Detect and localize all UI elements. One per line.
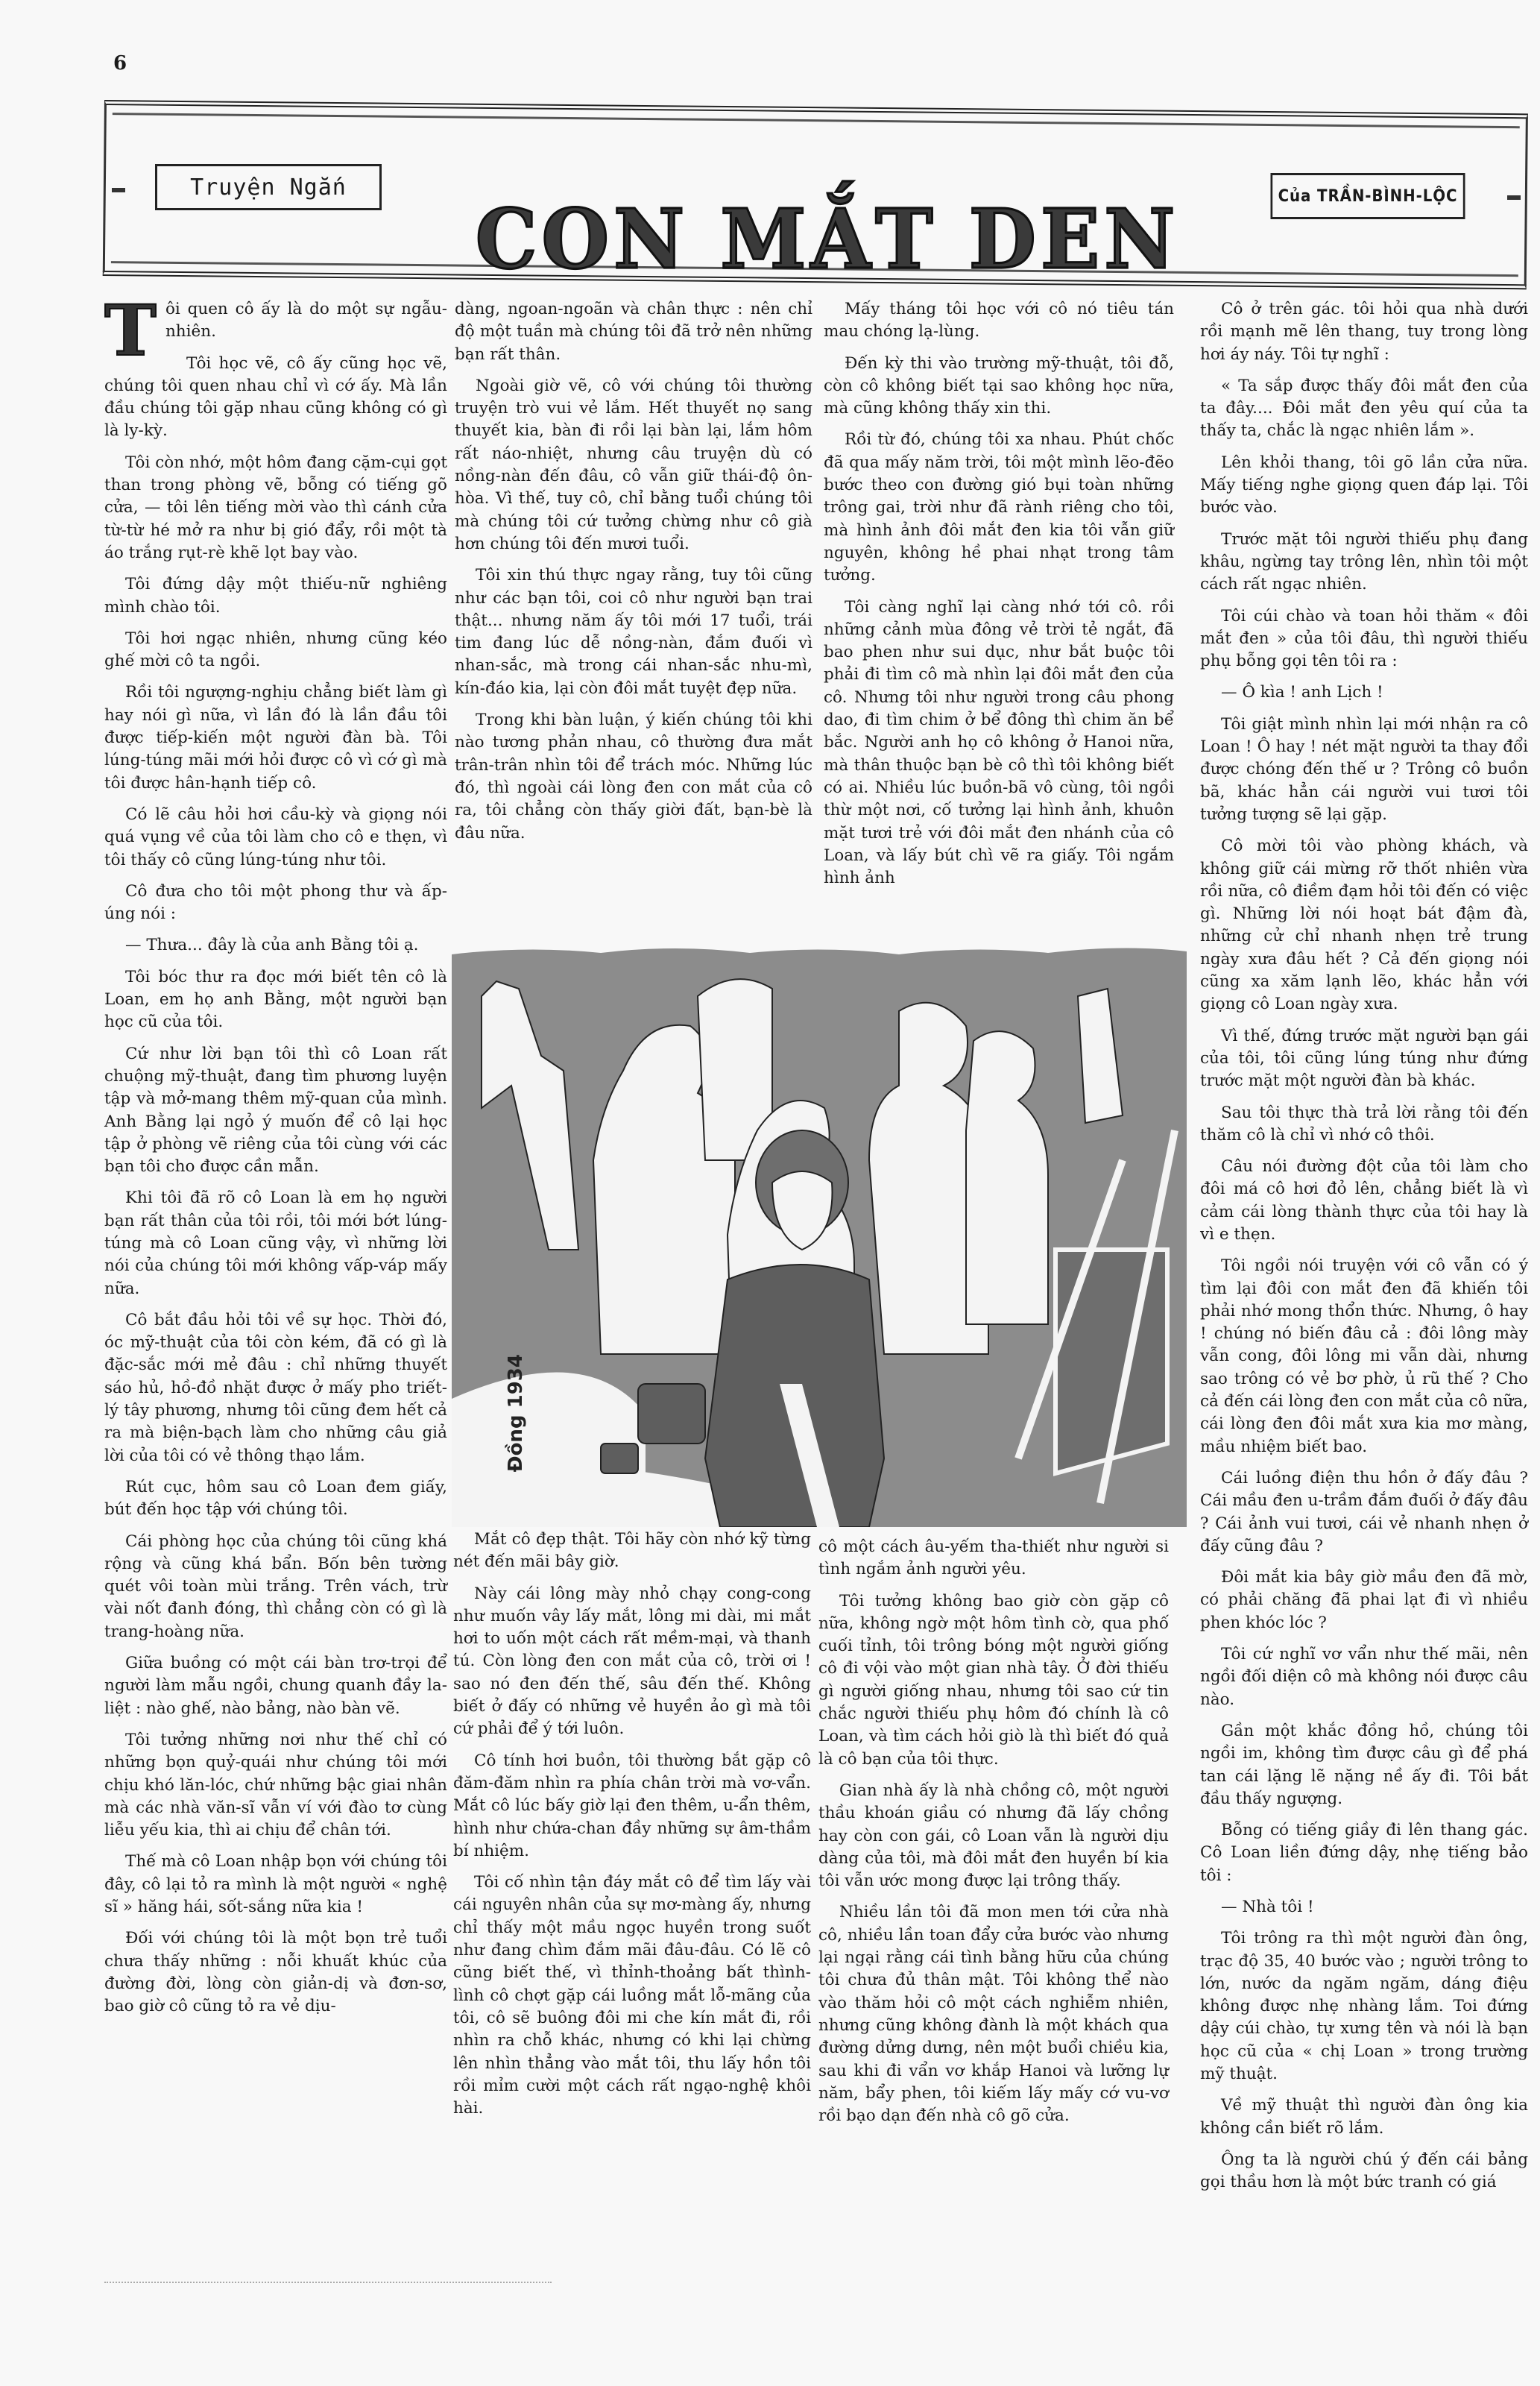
paragraph: Tôi cứ nghĩ vơ vẩn như thế mãi, nên ngồi… (1200, 1643, 1528, 1711)
paragraph: Mắt cô đẹp thật. Tôi hãy còn nhớ kỹ từng… (453, 1529, 811, 1574)
paragraph: Tôi cúi chào và toan hỏi thăm « đôi mắt … (1200, 605, 1528, 673)
drop-cap: T (104, 301, 157, 361)
dialogue-line: — Thưa... đây là của anh Bằng tôi ạ. (104, 934, 447, 957)
paragraph: Mấy tháng tôi học với cô nó tiêu tán mau… (824, 298, 1174, 344)
paragraph: Về mỹ thuật thì người đàn ông kia không … (1200, 2094, 1528, 2140)
paragraph: Rồi tôi ngượng-nghịu chẳng biết làm gì h… (104, 682, 447, 794)
paragraph: Có lẽ câu hỏi hơi cầu-kỳ và giọng nói qu… (104, 804, 447, 872)
paragraph: Tôi ngồi nói truyện với cô vẫn có ý tìm … (1200, 1255, 1528, 1458)
paragraph: Tôi giật mình nhìn lại mới nhận ra cô Lo… (1200, 714, 1528, 826)
paragraph: Tôi quen cô ấy là do một sự ngẫu-nhiên. (104, 298, 447, 344)
paragraph: Trước mặt tôi người thiếu phụ đang khâu,… (1200, 529, 1528, 596)
story-illustration: Đồng 1934 (452, 937, 1187, 1527)
paragraph: Trong khi bàn luận, ý kiến chúng tôi khi… (455, 709, 812, 845)
article-column-3-bottom: cô một cách âu-yếm tha-thiết như người s… (818, 1536, 1169, 2136)
paragraph: Rồi từ đó, chúng tôi xa nhau. Phút chốc … (824, 429, 1174, 587)
paragraph: Tôi đứng dậy một thiếu-nữ nghiêng mình c… (104, 573, 447, 619)
paragraph: Thế mà cô Loan nhập bọn với chúng tôi đâ… (104, 1851, 447, 1918)
banner-left-tick (112, 188, 125, 192)
paragraph: Vì thế, đứng trước mặt người bạn gái của… (1200, 1025, 1528, 1093)
paragraph: Tôi trông ra thì một người đàn ông, trạc… (1200, 1927, 1528, 2086)
paragraph: Cô mời tôi vào phòng khách, và không giữ… (1200, 835, 1528, 1016)
paragraph: Giữa buồng có một cái bàn trơ-trọi để ng… (104, 1652, 447, 1720)
studio-scene-drawing (452, 937, 1187, 1527)
paragraph: Rút cục, hôm sau cô Loan đem giấy, bút đ… (104, 1476, 447, 1522)
paragraph: Khi tôi đã rõ cô Loan là em họ người bạn… (104, 1187, 447, 1300)
article-column-3-top: Mấy tháng tôi học với cô nó tiêu tán mau… (824, 298, 1174, 898)
banner-right-tick (1507, 195, 1521, 200)
section-label: Truyện Ngắn (155, 164, 382, 210)
paragraph: Tôi tưởng không bao giờ còn gặp cô nữa, … (818, 1590, 1169, 1771)
artist-signature: Đồng 1934 (504, 1354, 528, 1472)
story-title: CON MẮT DEN (462, 195, 1193, 282)
article-column-4: Cô ở trên gác. tôi hỏi qua nhà dưới rồi … (1200, 298, 1528, 2203)
dialogue-line: — Nhà tôi ! (1200, 1896, 1528, 1918)
article-column-2-bottom: Mắt cô đẹp thật. Tôi hãy còn nhớ kỹ từng… (453, 1529, 811, 2129)
page-number: 6 (113, 52, 127, 75)
paragraph: Tôi xin thú thực ngay rằng, tuy tôi cũng… (455, 564, 812, 700)
dialogue-line: — Ô kìa ! anh Lịch ! (1200, 682, 1528, 704)
article-column-2-top: dàng, ngoan-ngoãn và chân thực : nên chỉ… (455, 298, 812, 854)
paragraph: Cô tính hơi buồn, tôi thường bắt gặp cô … (453, 1750, 811, 1863)
quoted-thought: « Ta sắp được thấy đôi mắt đen của ta đâ… (1200, 375, 1528, 443)
paragraph: Cô bắt đầu hỏi tôi về sự học. Thời đó, ó… (104, 1309, 447, 1467)
paragraph: Tôi hơi ngạc nhiên, nhưng cũng kéo ghế m… (104, 628, 447, 673)
paragraph: Tôi bóc thư ra đọc mới biết tên cô là Lo… (104, 966, 447, 1034)
article-column-1: Tôi quen cô ấy là do một sự ngẫu-nhiên. … (104, 298, 447, 2027)
paragraph: Gian nhà ấy là nhà chồng cô, một người t… (818, 1780, 1169, 1892)
paragraph: Đối với chúng tôi là một bọn trẻ tuổi ch… (104, 1927, 447, 2018)
author-byline: Của TRẦN-BÌNH-LỘC (1271, 173, 1465, 219)
paragraph: Này cái lông mày nhỏ chạy cong-cong như … (453, 1583, 811, 1741)
paragraph: Đến kỳ thi vào trường mỹ-thuật, tôi đỗ, … (824, 353, 1174, 421)
paragraph: Cứ như lời bạn tôi thì cô Loan rất chuộn… (104, 1043, 447, 1179)
paragraph: Câu nói đường đột của tôi làm cho đôi má… (1200, 1156, 1528, 1246)
paragraph: Ngoài giờ vẽ, cô với chúng tôi thường tr… (455, 375, 812, 555)
paragraph: Bỗng có tiếng giầy đi lên thang gác. Cô … (1200, 1819, 1528, 1887)
paragraph: Đôi mắt kia bây giờ mầu đen đã mờ, có ph… (1200, 1567, 1528, 1634)
print-artifact-line (104, 2282, 552, 2288)
paragraph: Tôi càng nghĩ lại càng nhớ tới cô. rồi n… (824, 596, 1174, 890)
paragraph: Cô ở trên gác. tôi hỏi qua nhà dưới rồi … (1200, 298, 1528, 366)
paragraph: Tôi cố nhìn tận đáy mắt cô để tìm lấy và… (453, 1872, 811, 2120)
paragraph: Cô đưa cho tôi một phong thư và ấp-úng n… (104, 881, 447, 926)
paragraph: Ông ta là người chú ý đến cái bảng gọi t… (1200, 2149, 1528, 2194)
paragraph: cô một cách âu-yếm tha-thiết như người s… (818, 1536, 1169, 1581)
paragraph: Lên khỏi thang, tôi gõ lần cửa nữa. Mấy … (1200, 452, 1528, 520)
paragraph: Sau tôi thực thà trả lời rằng tôi đến th… (1200, 1102, 1528, 1148)
paragraph: Cái luồng điện thu hồn ở đấy đâu ? Cái m… (1200, 1467, 1528, 1558)
paragraph: Gần một khắc đồng hồ, chúng tôi ngồi im,… (1200, 1720, 1528, 1810)
paragraph: Tôi tưởng những nơi như thế chỉ có những… (104, 1729, 447, 1842)
paragraph: Tôi còn nhớ, một hôm đang cặm-cụi gọt th… (104, 452, 447, 564)
paragraph: Nhiều lần tôi đã mon men tới cửa nhà cô,… (818, 1901, 1169, 2127)
paragraph: dàng, ngoan-ngoãn và chân thực : nên chỉ… (455, 298, 812, 366)
paragraph: Cái phòng học của chúng tôi cũng khá rộn… (104, 1531, 447, 1643)
